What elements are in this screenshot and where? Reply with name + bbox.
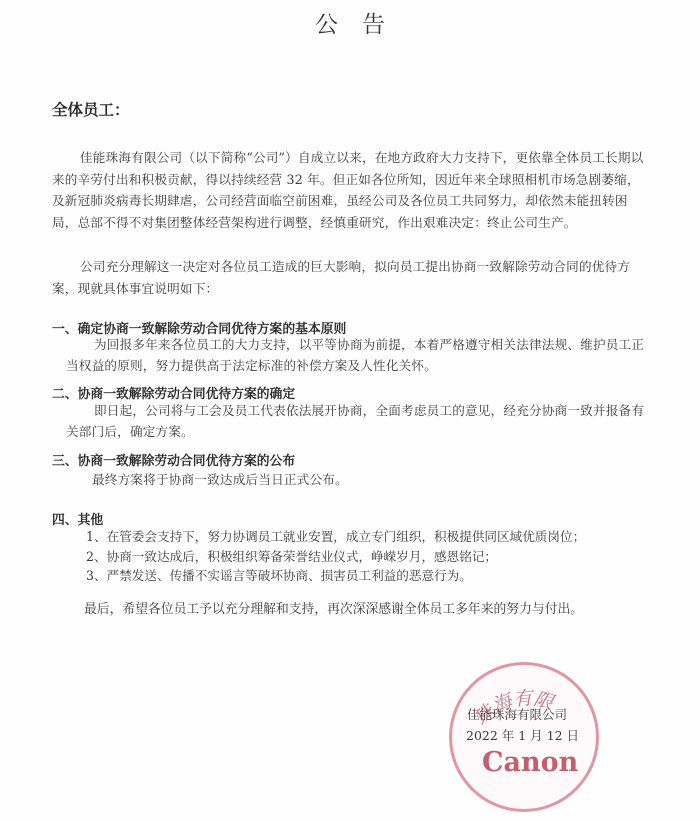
salutation: 全体员工： <box>52 98 130 120</box>
section-body-2: 即日起，公司将与工会及员工代表依法展开协商，全面考虑员工的意见，经充分协商一致并… <box>66 400 656 442</box>
section-heading-4: 四、其他 <box>52 509 103 528</box>
announcement-page: 公告 全体员工： 佳能珠海有限公司（以下简称“公司”）自成立以来，在地方政府大力… <box>0 0 700 821</box>
document-title: 公告 <box>0 6 700 39</box>
list-item: 3、严禁发送、传播不实谣言等破坏协商、损害员工利益的恶意行为。 <box>86 566 666 586</box>
signature-company: 佳能珠海有限公司 <box>467 705 567 723</box>
other-items-list: 1、在管委会支持下，努力协调员工就业安置，成立专门组织，积极提供同区域优质岗位；… <box>86 527 666 586</box>
canon-logo: Canon <box>482 747 578 778</box>
signature-date: 2022 年 1 月 12 日 <box>466 726 579 744</box>
section-body-3: 最终方案将于协商一致达成后当日正式公布。 <box>92 469 652 490</box>
intro-paragraph: 佳能珠海有限公司（以下简称“公司”）自成立以来，在地方政府大力支持下，更依靠全体… <box>52 147 652 233</box>
section-body-1: 为回报多年来各位员工的大力支持，以平等协商为前提，本着严格遵守相关法律法规、维护… <box>66 334 656 376</box>
list-item: 2、协商一致达成后，积极组织筹备荣誉结业仪式，峥嵘岁月，感恩铭记； <box>86 547 666 567</box>
closing-paragraph: 最后，希望各位员工予以充分理解和支持，再次深深感谢全体员工多年来的努力与付出。 <box>84 598 694 617</box>
section-heading-3: 三、协商一致解除劳动合同优待方案的公布 <box>52 450 295 469</box>
second-paragraph: 公司充分理解这一决定对各位员工造成的巨大影响，拟向员工提出协商一致解除劳动合同的… <box>52 256 652 299</box>
list-item: 1、在管委会支持下，努力协调员工就业安置，成立专门组织，积极提供同区域优质岗位； <box>86 527 666 547</box>
